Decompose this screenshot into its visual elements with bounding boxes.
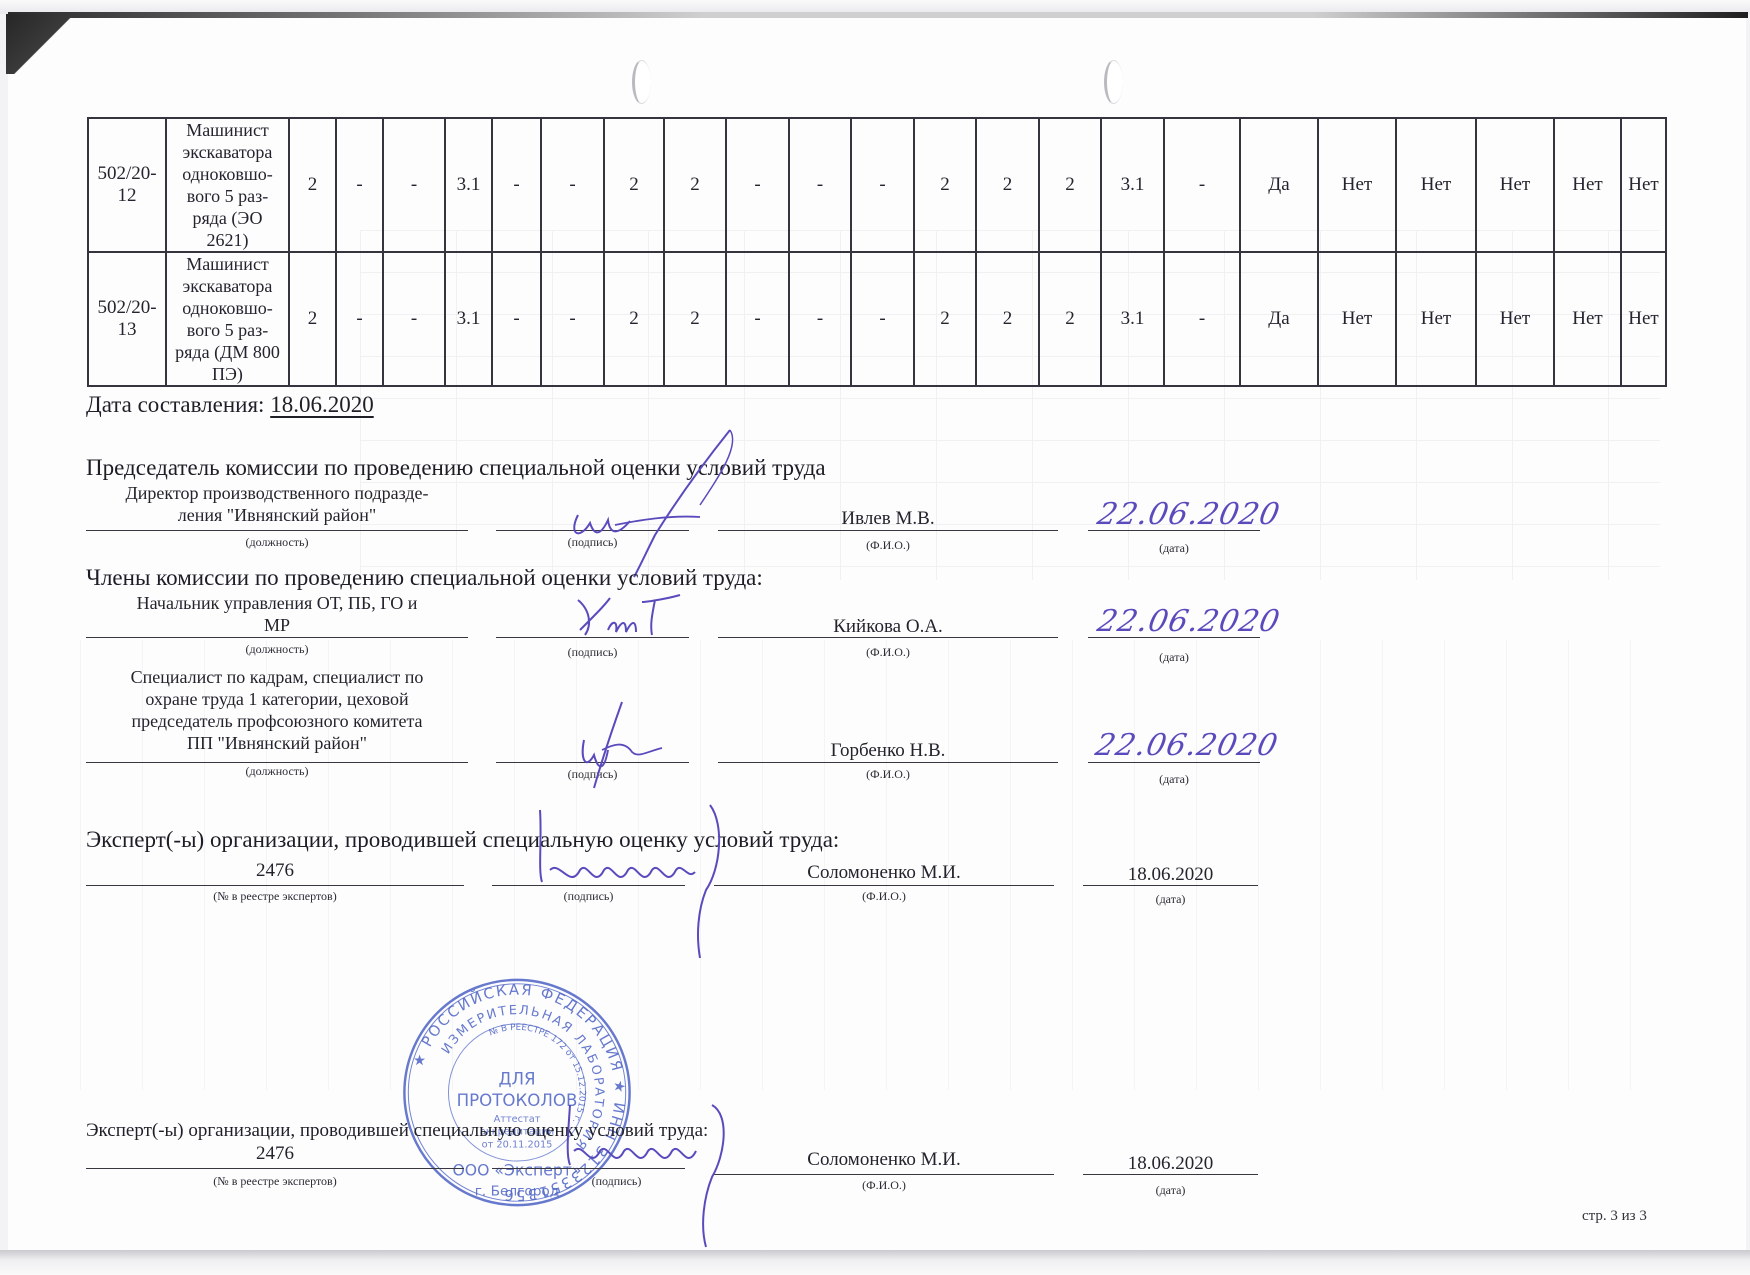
expert-2-name: Соломоненко М.И. <box>714 1149 1054 1171</box>
expert-1-date: 18.06.2020 <box>1083 864 1258 886</box>
scanner-corner-shadow <box>6 14 96 74</box>
expert-2-registry-no: 2476 <box>86 1143 464 1165</box>
member-2-name: Горбенко Н.В. <box>718 740 1058 762</box>
table-row: 502/20-12Машинистэкскаватораодноковшо-во… <box>88 118 1666 252</box>
cell-value: 2 <box>914 252 976 386</box>
caption-date: (дата) <box>1083 892 1258 907</box>
cell-value: - <box>1164 252 1240 386</box>
cell-value: - <box>851 252 914 386</box>
member-2-position-line: председатель профсоюзного комитета <box>86 710 468 732</box>
scan-edge-bottom <box>0 1250 1750 1275</box>
cell-value: Да <box>1240 252 1318 386</box>
cell-value: 2 <box>1039 252 1101 386</box>
compile-date-label: Дата составления: <box>86 392 264 417</box>
cell-value: 2 <box>976 118 1039 252</box>
cell-value: Нет <box>1621 252 1666 386</box>
cell-value: Нет <box>1476 252 1554 386</box>
member-2-position-line: охране труда 1 категории, цеховой <box>86 688 468 710</box>
cell-value: Нет <box>1554 118 1621 252</box>
chairman-position: Директор производственного подразде- лен… <box>86 482 468 526</box>
member-2-signature <box>572 700 672 790</box>
cell-value: - <box>1164 118 1240 252</box>
expert-1-name: Соломоненко М.И. <box>714 862 1054 884</box>
member-1-position-line: МР <box>86 614 468 636</box>
cell-value: Нет <box>1396 252 1476 386</box>
caption-date: (дата) <box>1088 650 1260 665</box>
svg-text:ДЛЯ: ДЛЯ <box>498 1070 535 1089</box>
caption-date: (дата) <box>1088 541 1260 556</box>
cell-value: - <box>789 252 851 386</box>
registry-line <box>86 885 464 886</box>
caption-full-name: (Ф.И.О.) <box>718 767 1058 782</box>
assessment-results-table: 502/20-12Машинистэкскаватораодноковшо-во… <box>87 117 1667 387</box>
cell-value: Нет <box>1318 118 1396 252</box>
scanner-shadow <box>8 12 1748 18</box>
member-2-position-line: ПП "Ивнянский район" <box>86 732 468 754</box>
cell-value: 3.1 <box>445 118 492 252</box>
punch-hole-left <box>632 60 651 104</box>
cell-job-title: Машинистэкскаватораодноковшо-вого 5 раз-… <box>166 252 289 386</box>
name-line <box>718 530 1058 531</box>
caption-full-name: (Ф.И.О.) <box>714 1178 1054 1193</box>
member-2-date: 22.06.2020 <box>1092 728 1281 763</box>
cell-value: 3.1 <box>445 252 492 386</box>
caption-registry: (№ в реестре экспертов) <box>86 889 464 904</box>
cell-value: - <box>336 118 383 252</box>
chairman-signature <box>560 425 760 580</box>
caption-full-name: (Ф.И.О.) <box>714 889 1054 904</box>
cell-value: - <box>726 118 789 252</box>
cell-value: 2 <box>664 252 726 386</box>
cell-value: - <box>541 252 604 386</box>
cell-value: Нет <box>1396 118 1476 252</box>
member-1-position: Начальник управления ОТ, ПБ, ГО и МР <box>86 592 468 636</box>
chairman-name: Ивлев М.В. <box>718 508 1058 530</box>
position-line <box>86 762 468 763</box>
expert-2-date: 18.06.2020 <box>1083 1153 1258 1175</box>
caption-position: (должность) <box>86 642 468 657</box>
cell-id: 502/20-12 <box>88 118 166 252</box>
cell-value: - <box>336 252 383 386</box>
chairman-position-line: Директор производственного подразде- <box>86 482 468 504</box>
caption-registry: (№ в реестре экспертов) <box>86 1174 464 1189</box>
compile-date-value: 18.06.2020 <box>270 392 374 417</box>
punch-hole-right <box>1104 60 1123 104</box>
cell-value: - <box>726 252 789 386</box>
cell-value: Да <box>1240 118 1318 252</box>
cell-value: - <box>383 252 445 386</box>
cell-value: 2 <box>289 252 336 386</box>
chairman-date: 22.06.2020 <box>1094 497 1283 532</box>
caption-date: (дата) <box>1088 772 1260 787</box>
cell-value: 2 <box>604 118 664 252</box>
cell-value: 2 <box>1039 118 1101 252</box>
table-row: 502/20-13Машинистэкскаватораодноковшо-во… <box>88 252 1666 386</box>
chairman-position-line: ления "Ивнянский район" <box>86 504 468 526</box>
cell-job-title: Машинистэкскаватораодноковшо-вого 5 раз-… <box>166 118 289 252</box>
expert-1-signature <box>520 800 740 960</box>
cell-value: - <box>789 118 851 252</box>
cell-value: Нет <box>1554 252 1621 386</box>
cell-value: - <box>492 252 541 386</box>
cell-value: 3.1 <box>1101 118 1164 252</box>
position-line <box>86 637 468 638</box>
cell-value: - <box>851 118 914 252</box>
expert-2-signature <box>540 1085 760 1250</box>
page-number: стр. 3 из 3 <box>1582 1208 1647 1225</box>
cell-value: 2 <box>914 118 976 252</box>
caption-position: (должность) <box>86 535 468 550</box>
cell-value: Нет <box>1476 118 1554 252</box>
name-line <box>714 1174 1054 1175</box>
member-1-signature <box>570 590 690 650</box>
member-1-date: 22.06.2020 <box>1094 604 1283 639</box>
cell-value: - <box>383 118 445 252</box>
cell-id: 502/20-13 <box>88 252 166 386</box>
member-2-position: Специалист по кадрам, специалист по охра… <box>86 666 468 754</box>
name-line <box>714 885 1054 886</box>
cell-value: 2 <box>604 252 664 386</box>
cell-value: 2 <box>976 252 1039 386</box>
position-line <box>86 530 468 531</box>
cell-value: 2 <box>664 118 726 252</box>
caption-position: (должность) <box>86 764 468 779</box>
caption-date: (дата) <box>1083 1183 1258 1198</box>
caption-full-name: (Ф.И.О.) <box>718 538 1058 553</box>
cell-value: 3.1 <box>1101 252 1164 386</box>
caption-full-name: (Ф.И.О.) <box>718 645 1058 660</box>
cell-value: 2 <box>289 118 336 252</box>
cell-value: - <box>541 118 604 252</box>
member-1-name: Кийкова О.А. <box>718 616 1058 638</box>
member-1-position-line: Начальник управления ОТ, ПБ, ГО и <box>86 592 468 614</box>
cell-value: Нет <box>1318 252 1396 386</box>
expert-1-registry-no: 2476 <box>86 860 464 882</box>
registry-line <box>86 1168 464 1169</box>
name-line <box>718 762 1058 763</box>
cell-value: - <box>492 118 541 252</box>
cell-value: Нет <box>1621 118 1666 252</box>
members-heading: Члены комиссии по проведению специальной… <box>86 565 763 591</box>
compile-date: Дата составления: 18.06.2020 <box>86 392 374 418</box>
member-2-position-line: Специалист по кадрам, специалист по <box>86 666 468 688</box>
